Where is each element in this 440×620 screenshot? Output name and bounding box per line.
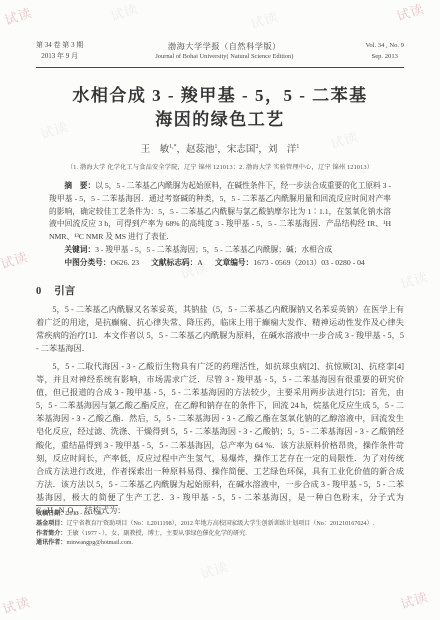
watermark: 试读 (198, 556, 231, 583)
volume-issue-cn: 第 34 卷 第 3 期 (36, 40, 83, 51)
section-number: 0 (36, 286, 41, 297)
clc-value: O626. 23 (111, 258, 140, 267)
article-id-value: 1673 - 0569（2013）03 - 0280 - 04 (253, 258, 364, 267)
author-name: ，刘 洋 (258, 145, 296, 155)
date-cn: 2013 年 9 月 (36, 51, 83, 62)
header-issue-block: 第 34 卷 第 3 期 2013 年 9 月 (36, 40, 83, 62)
keywords-line: 关键词：3 - 羧甲基 - 5，5 - 二苯基海因；5，5 - 二苯基乙内酰脲；… (49, 244, 391, 257)
journal-name-en: Journal of Bohai University( Natural Sci… (155, 52, 293, 62)
abstract-text: 以 5，5 - 二苯基乙内酰脲为起始原料，在碱性条件下，经一步法合成重要的化工原… (49, 181, 391, 241)
footnote-received: 收稿日期：2013 - 03 - 30. (36, 510, 410, 520)
footnote-contact-label: 通讯作者： (36, 540, 66, 546)
body-paragraph-1: 5，5 - 二苯基乙内酰脲又名苯妥英，其钠盐（5，5 - 二苯基乙内酰脲钠又名苯… (36, 303, 404, 355)
article-id: 文章编号：1673 - 0569（2013）03 - 0280 - 04 (215, 258, 365, 267)
affiliation-line: （1. 渤海大学 化学化工与食品安全学院，辽宁 锦州 121013；2. 渤海大… (36, 162, 404, 171)
volume-en: Vol. 34 , No. 9 (365, 40, 404, 51)
document-code-label: 文献标志码： (151, 258, 197, 267)
journal-header: 第 34 卷 第 3 期 2013 年 9 月 渤海大学学报（自然科学版） Jo… (36, 40, 404, 62)
watermark: 试读 (398, 586, 431, 613)
date-en: Sep. 2013 (365, 51, 404, 62)
author-affil-mark: 1 (296, 144, 299, 150)
footnote-contact-text: minwangpg@hotmail.com. (66, 540, 133, 546)
header-divider (36, 67, 404, 68)
abstract-label: 摘 要： (64, 181, 95, 190)
header-vol-block: Vol. 34 , No. 9 Sep. 2013 (365, 40, 404, 62)
watermark: 试读 (248, 6, 281, 33)
author-name: 王 敏 (141, 145, 170, 155)
watermark: 试读 (108, 0, 141, 25)
footnote-divider (36, 505, 118, 506)
paper-title: 水相合成 3 - 羧甲基 - 5，5 - 二苯基 海因的绿色工艺 (36, 84, 404, 132)
clc-label: 中图分类号： (64, 258, 110, 267)
keywords-text: 3 - 羧甲基 - 5，5 - 二苯基海因；5，5 - 二苯基乙内酰脲；碱；水相… (95, 245, 332, 254)
document-code: 文献标志码：A (151, 258, 203, 267)
abstract-block: 摘 要：以 5，5 - 二苯基乙内酰脲为起始原料，在碱性条件下，经一步法合成重要… (49, 180, 391, 270)
watermark: 试读 (2, 2, 35, 29)
abstract-paragraph: 摘 要：以 5，5 - 二苯基乙内酰脲为起始原料，在碱性条件下，经一步法合成重要… (49, 180, 391, 244)
watermark: 试读 (394, 0, 427, 25)
journal-name-cn: 渤海大学学报（自然科学版） (155, 41, 293, 52)
document-code-value: A (197, 258, 203, 267)
paper-page: 试读 试读 试读 试读 试读 试读 试读 试读 试读 试读 试读 试读 试读 试… (0, 0, 440, 620)
section-heading-intro: 0引言 (36, 283, 404, 298)
footnote-received-label: 收稿日期： (36, 511, 66, 517)
author-name: ，宋志国 (217, 145, 255, 155)
footnote-funding: 基金项目：辽宁省教育厅资助项目（No：L2011198），2012 年地方高校国… (36, 520, 410, 530)
title-line-1: 水相合成 3 - 羧甲基 - 5，5 - 二苯基 (72, 86, 367, 105)
clc-number: 中图分类号：O626. 23 (64, 258, 139, 267)
header-journal-block: 渤海大学学报（自然科学版） Journal of Bohai Universit… (155, 41, 293, 62)
title-line-2: 海因的绿色工艺 (155, 110, 285, 129)
body-paragraph-2: 5，5 - 二取代海因 - 3 - 乙酸衍生物具有广泛的药理活性，如抗球虫病[2… (36, 360, 404, 517)
footnote-author-bio: 作者简介：王敏（1977 - ），女，副教授，博士，主要从事绿色催化化学的研究. (36, 530, 410, 540)
watermark: 试读 (0, 591, 32, 618)
author-affil-mark: 1,* (169, 144, 176, 150)
meta-line: 中图分类号：O626. 23文献标志码：A文章编号：1673 - 0569（20… (49, 257, 391, 270)
keywords-label: 关键词： (64, 245, 95, 254)
author-line: 王 敏1,*，赵蕊池1，宋志国2，刘 洋1 (36, 141, 404, 155)
section-title: 引言 (54, 286, 75, 297)
footnote-bio-text: 王敏（1977 - ），女，副教授，博士，主要从事绿色催化化学的研究. (66, 531, 246, 537)
footnote-block: 收稿日期：2013 - 03 - 30. 基金项目：辽宁省教育厅资助项目（No：… (36, 505, 410, 549)
footnote-received-text: 2013 - 03 - 30. (66, 511, 102, 517)
footnote-funding-text: 辽宁省教育厅资助项目（No：L2011198），2012 年地方高校国家级大学生… (66, 521, 374, 527)
footnote-funding-label: 基金项目： (36, 521, 66, 527)
author-name: ，赵蕊池 (177, 145, 215, 155)
article-id-label: 文章编号： (215, 258, 253, 267)
footnote-bio-label: 作者简介： (36, 531, 66, 537)
footnote-contact: 通讯作者：minwangpg@hotmail.com. (36, 539, 410, 549)
